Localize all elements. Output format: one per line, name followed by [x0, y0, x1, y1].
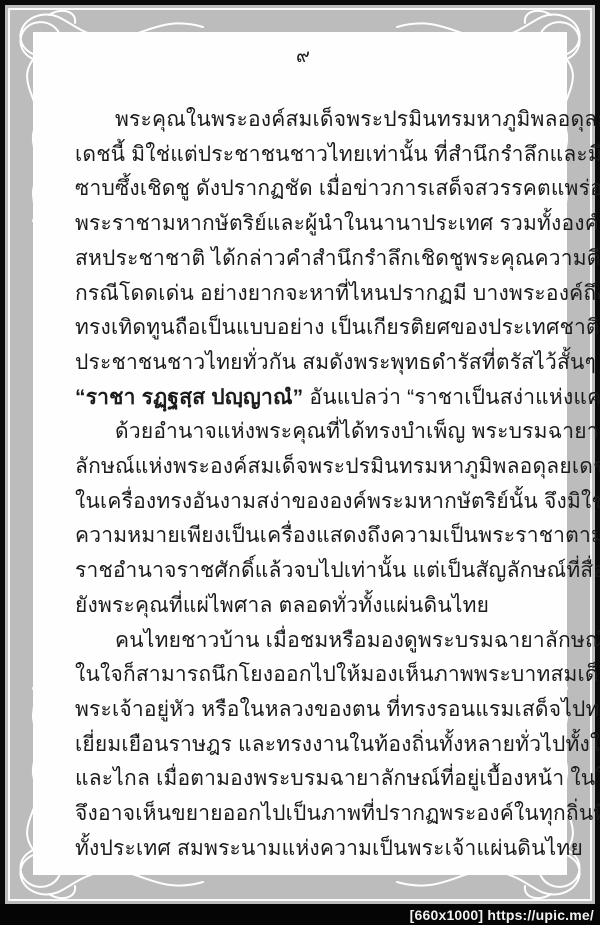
page-frame: ๙ พระคุณในพระองค์สมเด็จพระปรมินทรมหาภูมิ…	[5, 5, 595, 904]
text-line: และไกล เมื่อตามองพระบรมฉายาลักษณ์ที่อยู่…	[75, 762, 531, 797]
text-line: ทรงเทิดทูนถือเป็นแบบอย่าง เป็นเกียรติยศข…	[75, 311, 531, 346]
text-line: กรณีโดดเด่น อย่างยากจะหาที่ไหนปรากฏมี บา…	[75, 277, 531, 312]
text-line: ความหมายเพียงเป็นเครื่องแสดงถึงความเป็นพ…	[75, 519, 531, 554]
text-line: ราชอำนาจราชศักดิ์แล้วจบไปเท่านั้น แต่เป็…	[75, 554, 531, 589]
text-line: เดชนี้ มิใช่แต่ประชาชนชาวไทยเท่านั้น ที่…	[75, 138, 531, 173]
watermark-bar: [660x1000] https://upic.me/	[0, 904, 600, 925]
text-body: พระคุณในพระองค์สมเด็จพระปรมินทรมหาภูมิพล…	[75, 103, 531, 866]
paragraph: คนไทยชาวบ้าน เมื่อชมหรือมองดูพระบรมฉายาล…	[75, 624, 531, 867]
text-line: ทั้งประเทศ สมพระนามแห่งความเป็นพระเจ้าแผ…	[75, 832, 531, 867]
text-line: พระเจ้าอยู่หัว หรือในหลวงของตน ที่ทรงรอน…	[75, 693, 531, 728]
text-line: พระราชามหากษัตริย์และผู้นำในนานาประเทศ ร…	[75, 207, 531, 242]
text-line: ในใจก็สามารถนึกโยงออกไปให้มองเห็นภาพพระบ…	[75, 658, 531, 693]
page-number: ๙	[75, 44, 531, 70]
text-segment: อันแปลว่า “ราชาเป็นสง่าแห่งแคว้น”	[303, 386, 600, 409]
text-line: ประชาชนชาวไทยทั่วกัน สมดังพระพุทธดำรัสที…	[75, 346, 531, 381]
text-line: “ราชา รฏฺฐสฺส ปญฺญาณํ” อันแปลว่า “ราชาเป…	[75, 381, 531, 416]
text-line: คนไทยชาวบ้าน เมื่อชมหรือมองดูพระบรมฉายาล…	[75, 624, 531, 659]
text-line: ในเครื่องทรงอันงามสง่าขององค์พระมหากษัตร…	[75, 485, 531, 520]
text-line: เยี่ยมเยือนราษฎร และทรงงานในท้องถิ่นทั้ง…	[75, 728, 531, 763]
text-line: ด้วยอำนาจแห่งพระคุณที่ได้ทรงบำเพ็ญ พระบร…	[75, 415, 531, 450]
text-line: ซาบซึ้งเชิดชู ดังปรากฏชัด เมื่อข่าวการเส…	[75, 172, 531, 207]
text-line: พระคุณในพระองค์สมเด็จพระปรมินทรมหาภูมิพล…	[75, 103, 531, 138]
text-line: ลักษณ์แห่งพระองค์สมเด็จพระปรมินทรมหาภูมิ…	[75, 450, 531, 485]
paragraph: พระคุณในพระองค์สมเด็จพระปรมินทรมหาภูมิพล…	[75, 103, 531, 415]
pali-quote-bold: “ราชา รฏฺฐสฺส ปญฺญาณํ”	[75, 386, 303, 409]
watermark-text: [660x1000] https://upic.me/	[410, 907, 594, 923]
text-line: ยังพระคุณที่แผ่ไพศาล ตลอดทั่วทั้งแผ่นดิน…	[75, 589, 531, 624]
text-line: สหประชาชาติ ได้กล่าวคำสำนึกรำลึกเชิดชูพร…	[75, 242, 531, 277]
text-line: จึงอาจเห็นขยายออกไปเป็นภาพที่ปรากฏพระองค…	[75, 797, 531, 832]
scanned-book-page: { "page": { "number": "๙", "paragraphs":…	[0, 0, 600, 925]
page: ๙ พระคุณในพระองค์สมเด็จพระปรมินทรมหาภูมิ…	[33, 32, 567, 875]
paragraph: ด้วยอำนาจแห่งพระคุณที่ได้ทรงบำเพ็ญ พระบร…	[75, 415, 531, 623]
